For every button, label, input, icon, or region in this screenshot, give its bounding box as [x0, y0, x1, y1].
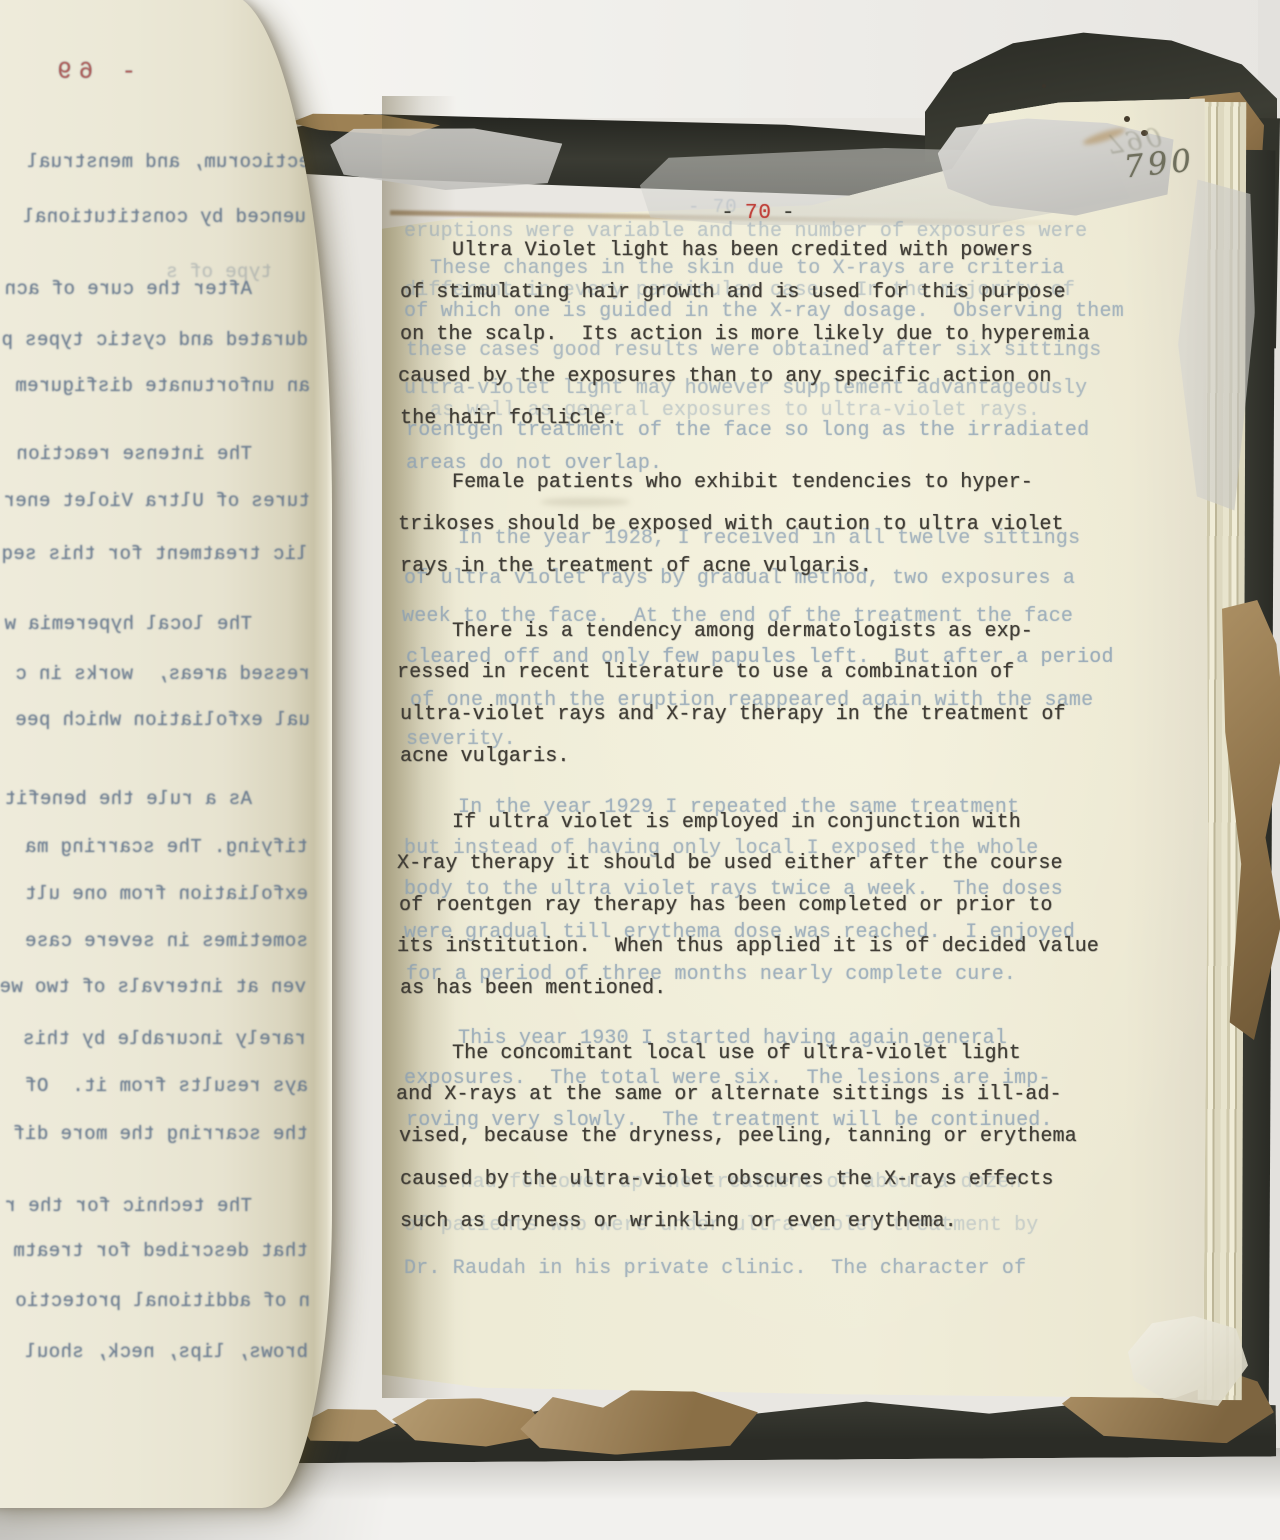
typed-line: on the scalp. Its action is more likely …: [400, 324, 1090, 346]
mirrored-line: durated and cystic types p: [1, 330, 308, 351]
typed-line: Female patients who exhibit tendencies t…: [452, 472, 1033, 494]
mirrored-line: ays results from it. Of: [25, 1076, 308, 1097]
mirrored-line: The intense reaction: [16, 444, 252, 465]
typed-line: of roentgen ray therapy has been complet…: [399, 895, 1053, 917]
ink-speck: [1042, 84, 1046, 88]
typed-line: ressed in recent literature to use a com…: [397, 662, 1014, 684]
page-number-dash-left: -: [721, 202, 735, 225]
typed-line: and X-rays at the same or alternate sitt…: [396, 1084, 1062, 1106]
typed-line: such as dryness or wrinkling or even ery…: [400, 1211, 957, 1233]
mirrored-line: The technic for the r: [4, 1196, 252, 1217]
left-page: - 69ecticorum, and menstrualuenced by co…: [0, 0, 332, 1508]
mirrored-line: sometimes in severe case: [25, 931, 308, 952]
page-number: -70-: [694, 179, 796, 225]
typed-line: X-ray therapy it should be used either a…: [397, 853, 1063, 875]
typed-line: its institution. When thus applied it is…: [397, 936, 1099, 958]
mirrored-line: that described for treatm: [13, 1241, 308, 1262]
typed-line: There is a tendency among dermatologists…: [452, 621, 1033, 643]
mirrored-line: tifying. The scarring ma: [25, 837, 308, 858]
bleedthrough-line: of which one is guided in the X-ray dosa…: [404, 301, 1124, 323]
page-number-value: 70: [745, 202, 772, 225]
typed-line: caused by the ultra-violet obscures the …: [400, 1169, 1054, 1191]
mirrored-line: The local hyperemia w: [4, 614, 252, 635]
mirrored-line: - 69: [50, 62, 136, 83]
handwritten-number: 790: [1122, 142, 1197, 185]
typed-line: the hair follicle.: [400, 408, 618, 430]
typed-line: If ultra violet is employed in conjuncti…: [452, 812, 1021, 834]
mirrored-line: After the cure of acn: [4, 279, 252, 300]
page-number-dash-right: -: [782, 202, 796, 225]
mirrored-line: ven at intervals of two we: [0, 977, 306, 998]
mirrored-line: ual exfoliation which pee: [15, 710, 310, 731]
mirrored-line: n of additional protectio: [15, 1291, 310, 1312]
left-page-mirrored-text: - 69ecticorum, and menstrualuenced by co…: [0, 0, 332, 1508]
typed-line: The concomitant local use of ultra-viole…: [452, 1043, 1021, 1065]
bleedthrough-line: Dr. Raudah in his private clinic. The ch…: [404, 1258, 1026, 1280]
typed-line: ultra-violet rays and X-ray therapy in t…: [400, 704, 1066, 726]
typed-line: of stimulating hair growth and is used f…: [400, 282, 1066, 304]
typed-line: Ultra Violet light has been credited wit…: [452, 240, 1033, 262]
typed-line: caused by the exposures than to any spec…: [398, 366, 1052, 388]
stain-smudge: [540, 498, 630, 506]
mirrored-line: tures of Ultra Violet ener: [3, 491, 310, 512]
mirrored-line: uenced by constitutional: [23, 207, 306, 228]
mirrored-line: rarely incurable by this: [23, 1029, 306, 1050]
typed-line: rays in the treatment of acne vulgaris.: [400, 556, 872, 578]
typed-line: as has been mentioned.: [400, 978, 666, 1000]
mirrored-line: ressed areas, works in c: [15, 664, 310, 685]
mirrored-line: ecticorum, and menstrual: [27, 152, 310, 173]
mirrored-line: As a rule the benefit: [4, 789, 252, 810]
mirrored-line: lic treatment for this seq: [1, 544, 308, 565]
mirrored-line: an unfortunate disfigurem: [15, 376, 310, 397]
mirrored-line: exfoliation from one ult: [25, 884, 308, 905]
ink-speck: [1124, 116, 1130, 122]
typed-line: acne vulgaris.: [400, 746, 569, 768]
book-photo: { "colors": { "background": "#e9e7e2", "…: [0, 0, 1280, 1540]
typed-line: trikoses should be exposed with caution …: [398, 514, 1064, 536]
mirrored-line: the scarring the more dif: [13, 1124, 308, 1145]
mirrored-line: brows, lips, neck, shoul: [25, 1342, 308, 1363]
typed-line: vised, because the dryness, peeling, tan…: [399, 1126, 1077, 1148]
